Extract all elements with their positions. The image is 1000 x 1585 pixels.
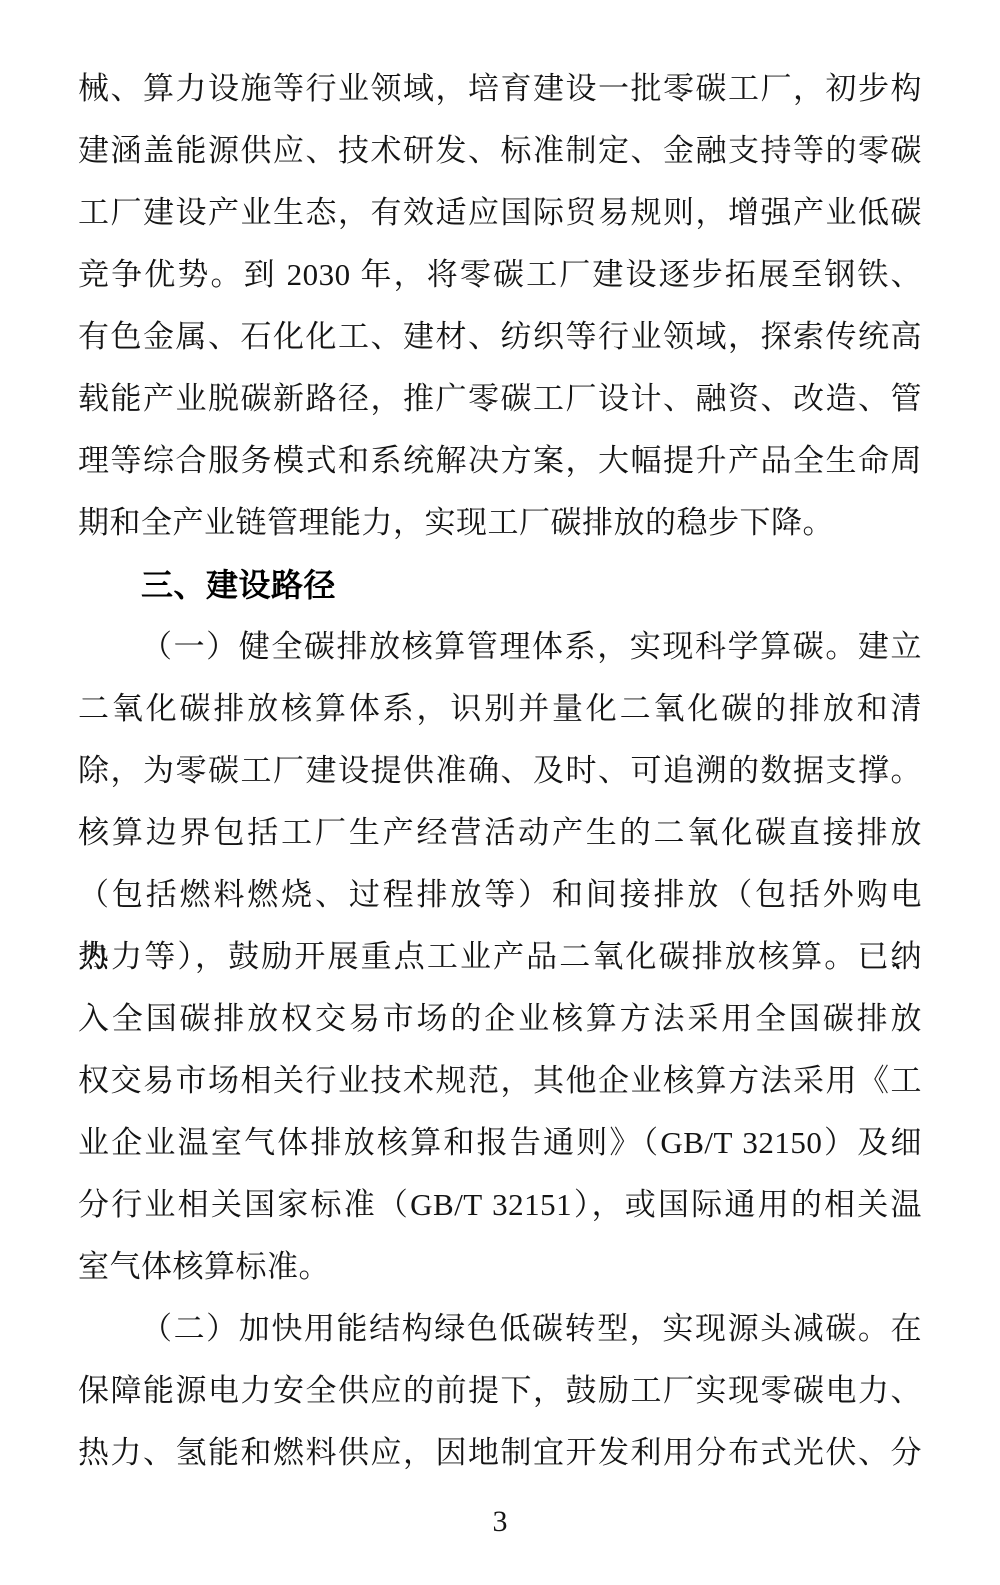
text-line: 入全国碳排放权交易市场的企业核算方法采用全国碳排放 <box>78 988 922 1050</box>
text-line: 建涵盖能源供应、技术研发、标准制定、金融支持等的零碳 <box>78 120 922 182</box>
text-line: 保障能源电力安全供应的前提下，鼓励工厂实现零碳电力、 <box>78 1360 922 1422</box>
text-line: 期和全产业链管理能力，实现工厂碳排放的稳步下降。 <box>78 492 922 554</box>
text-line: 核算边界包括工厂生产经营活动产生的二氧化碳直接排放 <box>78 802 922 864</box>
document-body: 械、算力设施等行业领域，培育建设一批零碳工厂，初步构 建涵盖能源供应、技术研发、… <box>78 58 922 1484</box>
text-line: 热力、氢能和燃料供应，因地制宜开发利用分布式光伏、分 <box>78 1422 922 1484</box>
text-line: 除，为零碳工厂建设提供准确、及时、可追溯的数据支撑。 <box>78 740 922 802</box>
page-number: 3 <box>0 1502 1000 1542</box>
text-line: （包括燃料燃烧、过程排放等）和间接排放（包括外购电力、 <box>78 864 922 926</box>
text-line: 有色金属、石化化工、建材、纺织等行业领域，探索传统高 <box>78 306 922 368</box>
text-line: 权交易市场相关行业技术规范，其他企业核算方法采用《工 <box>78 1050 922 1112</box>
text-line: （一）健全碳排放核算管理体系，实现科学算碳。建立 <box>78 616 922 678</box>
section-heading: 三、建设路径 <box>78 554 922 616</box>
text-line: 竞争优势。到 2030 年，将零碳工厂建设逐步拓展至钢铁、 <box>78 244 922 306</box>
text-line: 工厂建设产业生态，有效适应国际贸易规则，增强产业低碳 <box>78 182 922 244</box>
text-line: 分行业相关国家标准（GB/T 32151），或国际通用的相关温 <box>78 1174 922 1236</box>
text-line: 热力等），鼓励开展重点工业产品二氧化碳排放核算。已纳 <box>78 926 922 988</box>
text-line: 业企业温室气体排放核算和报告通则》（GB/T 32150）及细 <box>78 1112 922 1174</box>
text-line: （二）加快用能结构绿色低碳转型，实现源头减碳。在 <box>78 1298 922 1360</box>
document-page: 械、算力设施等行业领域，培育建设一批零碳工厂，初步构 建涵盖能源供应、技术研发、… <box>0 0 1000 1585</box>
text-line: 械、算力设施等行业领域，培育建设一批零碳工厂，初步构 <box>78 58 922 120</box>
text-line: 二氧化碳排放核算体系，识别并量化二氧化碳的排放和清 <box>78 678 922 740</box>
text-line: 室气体核算标准。 <box>78 1236 922 1298</box>
text-line: 载能产业脱碳新路径，推广零碳工厂设计、融资、改造、管 <box>78 368 922 430</box>
text-line: 理等综合服务模式和系统解决方案，大幅提升产品全生命周 <box>78 430 922 492</box>
